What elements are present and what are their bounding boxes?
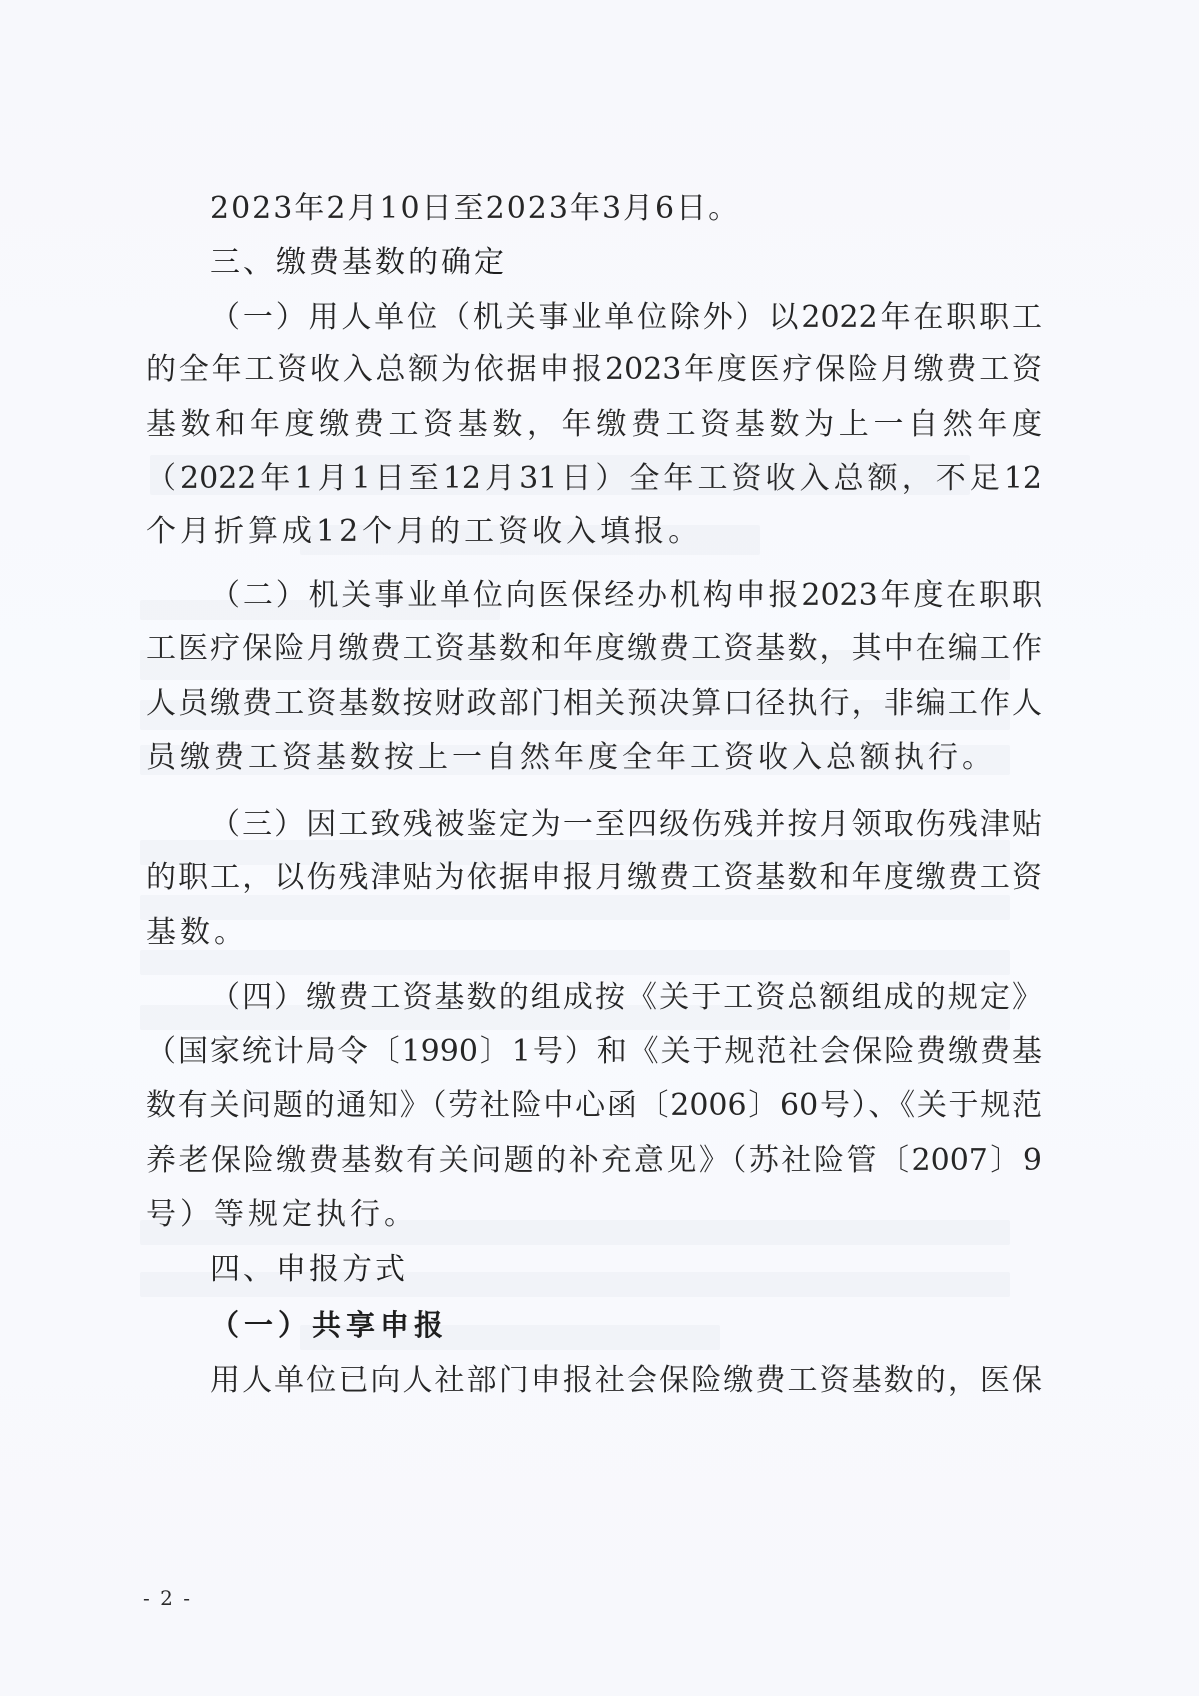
paragraph-1-line-4: （2022年1月1日至12月31日）全年工资收入总额，不足12: [146, 464, 1042, 494]
paragraph-1-line-5: 个月折算成12个月的工资收入填报。: [146, 517, 1046, 547]
paragraph-2-line-3: 人员缴费工资基数按财政部门相关预决算口径执行，非编工作人: [146, 689, 1042, 719]
paragraph-1-line-2: 的全年工资收入总额为依据申报2023年度医疗保险月缴费工资: [146, 355, 1042, 385]
paragraph-2-line-2: 工医疗保险月缴费工资基数和年度缴费工资基数，其中在编工作: [146, 634, 1042, 664]
paragraph-1-line-1: （一）用人单位（机关事业单位除外）以2022年在职职工: [210, 303, 1042, 333]
section-heading-3: 三、缴费基数的确定: [210, 248, 1110, 278]
bleed-through-mark: [140, 895, 1010, 920]
paragraph-2-line-1: （二）机关事业单位向医保经办机构申报2023年度在职职: [210, 581, 1042, 611]
page-number: - 2 -: [143, 1586, 192, 1610]
section-heading-4: 四、申报方式: [210, 1255, 1110, 1285]
paragraph-5-line-1: 用人单位已向人社部门申报社会保险缴费工资基数的，医保: [210, 1366, 1042, 1396]
document-page: 2023年2月10日至2023年3月6日。 三、缴费基数的确定 （一）用人单位（…: [0, 0, 1199, 1696]
paragraph-4-line-4: 养老保险缴费基数有关问题的补充意见》（苏社险管〔2007〕9: [146, 1146, 1042, 1176]
paragraph-2-line-4: 员缴费工资基数按上一自然年度全年工资收入总额执行。: [146, 743, 1046, 773]
paragraph-3-line-3: 基数。: [146, 918, 1046, 948]
paragraph-1-line-3: 基数和年度缴费工资基数，年缴费工资基数为上一自然年度: [146, 410, 1042, 440]
subsection-heading-shared-declaration: （一）共享申报: [210, 1311, 1110, 1340]
paragraph-4-line-1: （四）缴费工资基数的组成按《关于工资总额组成的规定》: [210, 983, 1042, 1013]
text-line-date-range: 2023年2月10日至2023年3月6日。: [210, 194, 1110, 224]
paragraph-4-line-2: （国家统计局令〔1990〕1号）和《关于规范社会保险费缴费基: [146, 1037, 1042, 1067]
paragraph-3-line-2: 的职工，以伤残津贴为依据申报月缴费工资基数和年度缴费工资: [146, 863, 1042, 893]
paragraph-4-line-5: 号）等规定执行。: [146, 1200, 1046, 1230]
paragraph-3-line-1: （三）因工致残被鉴定为一至四级伤残并按月领取伤残津贴: [210, 810, 1042, 840]
bleed-through-mark: [140, 950, 1010, 975]
paragraph-4-line-3: 数有关问题的通知》（劳社险中心函〔2006〕60号）、《关于规范: [146, 1091, 1042, 1121]
